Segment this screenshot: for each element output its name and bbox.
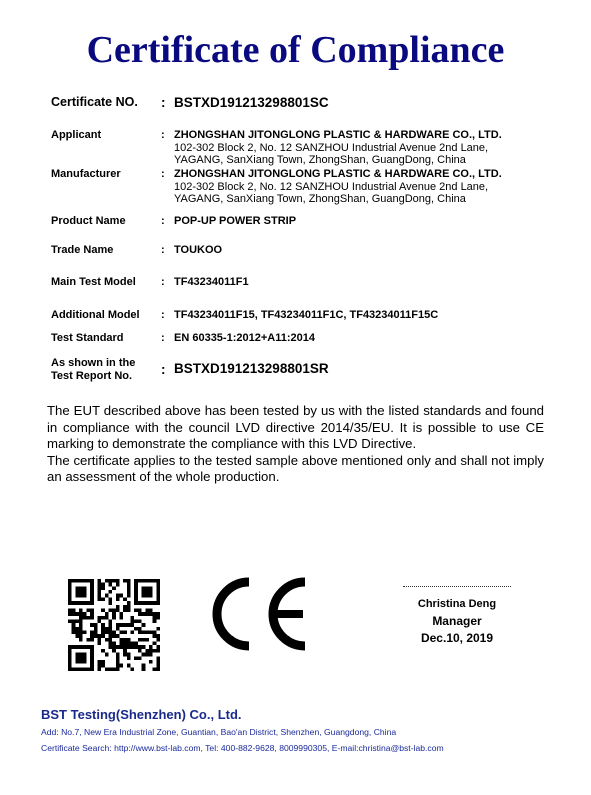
- product-name-value: POP-UP POWER STRIP: [174, 215, 296, 227]
- colon: :: [161, 276, 165, 288]
- signatory-role: Manager: [403, 613, 511, 630]
- test-report-label-line2: Test Report No.: [51, 370, 161, 383]
- compliance-statement: The EUT described above has been tested …: [47, 403, 544, 486]
- certificate-search-info: Certificate Search: http://www.bst-lab.c…: [41, 743, 444, 753]
- test-report-value: BSTXD191213298801SR: [174, 361, 329, 376]
- issuer-company: BST Testing(Shenzhen) Co., Ltd.: [41, 707, 242, 722]
- main-test-model-label: Main Test Model: [51, 276, 161, 288]
- colon: :: [161, 332, 165, 344]
- statement-paragraph-1: The EUT described above has been tested …: [47, 403, 544, 453]
- test-report-label-line1: As shown in the: [51, 357, 161, 370]
- manufacturer-address-line2: YAGANG, SanXiang Town, ZhongShan, GuangD…: [174, 193, 502, 206]
- colon: :: [161, 129, 165, 141]
- signatory-name: Christina Deng: [403, 596, 511, 613]
- manufacturer-company: ZHONGSHAN JITONGLONG PLASTIC & HARDWARE …: [174, 168, 502, 181]
- applicant-company: ZHONGSHAN JITONGLONG PLASTIC & HARDWARE …: [174, 129, 502, 142]
- signature-date: Dec.10, 2019: [403, 630, 511, 647]
- product-name-label: Product Name: [51, 215, 161, 227]
- signature-line: [403, 586, 511, 587]
- colon: :: [161, 95, 166, 110]
- colon: :: [161, 168, 165, 180]
- colon: :: [161, 362, 166, 377]
- applicant-label: Applicant: [51, 129, 161, 141]
- ce-mark-icon: [205, 576, 309, 652]
- trade-name-value: TOUKOO: [174, 244, 222, 256]
- qr-code-icon[interactable]: [68, 579, 160, 671]
- certificate-no-label: Certificate NO.: [51, 95, 161, 109]
- issuer-address: Add: No.7, New Era Industrial Zone, Guan…: [41, 727, 396, 737]
- trade-name-label: Trade Name: [51, 244, 161, 256]
- colon: :: [161, 215, 165, 227]
- manufacturer-label: Manufacturer: [51, 168, 161, 180]
- certificate-title: Certificate of Compliance: [0, 28, 591, 72]
- additional-model-label: Additional Model: [51, 309, 161, 321]
- applicant-address-line1: 102-302 Block 2, No. 12 SANZHOU Industri…: [174, 142, 502, 155]
- manufacturer-address-line1: 102-302 Block 2, No. 12 SANZHOU Industri…: [174, 181, 502, 194]
- test-standard-value: EN 60335-1:2012+A11:2014: [174, 332, 315, 344]
- certificate-no-value: BSTXD191213298801SC: [174, 95, 329, 110]
- colon: :: [161, 309, 165, 321]
- additional-model-value: TF43234011F15, TF43234011F1C, TF43234011…: [174, 309, 438, 321]
- main-test-model-value: TF43234011F1: [174, 276, 249, 288]
- test-standard-label: Test Standard: [51, 332, 161, 344]
- signature-block: Christina Deng Manager Dec.10, 2019: [403, 586, 511, 647]
- colon: :: [161, 244, 165, 256]
- applicant-address-line2: YAGANG, SanXiang Town, ZhongShan, GuangD…: [174, 154, 502, 167]
- statement-paragraph-2: The certificate applies to the tested sa…: [47, 453, 544, 486]
